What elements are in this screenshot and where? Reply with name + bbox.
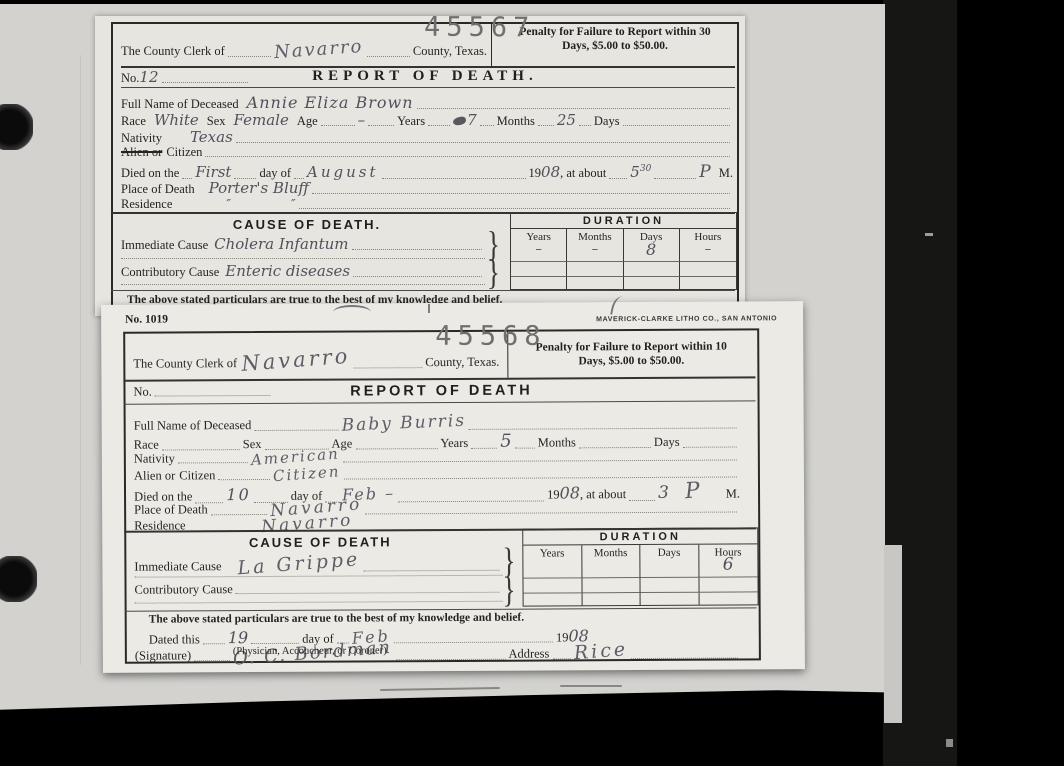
duration-empty-cell (680, 262, 736, 277)
full-name-label: Full Name of Deceased (121, 97, 239, 112)
place-of-death-row: Place of Death Porter's Bluff (121, 179, 733, 197)
contributory-cause-value: Enteric diseases (225, 262, 350, 280)
series-number: No. 1019 (125, 313, 168, 325)
duration-empty-cell (567, 262, 623, 277)
duration-empty-cell (511, 262, 567, 277)
duration-cell-months: Months– (567, 229, 623, 262)
duration-grid: Years– Months– Days8 Hours– (511, 229, 736, 289)
printer-imprint: MAVERICK-CLARKE LITHO CO., SAN ANTONIO (596, 315, 777, 323)
place-of-death-value: Porter's Bluff (209, 179, 309, 197)
dotted-leader (363, 570, 499, 572)
duration-cell-years: Years (523, 545, 582, 578)
certificate-number-stamp: 45567 (424, 16, 535, 43)
nativity-value: Texas (190, 128, 233, 146)
duration-cell-days: Days8 (624, 229, 680, 262)
dotted-leader (367, 56, 410, 57)
contributory-cause-row: Contributory Cause (134, 581, 502, 598)
handwriting-fragment (333, 305, 371, 319)
duration-header: DURATION (511, 213, 736, 229)
county-clerk-label: The County Clerk of (121, 44, 225, 59)
county-clerk-label: The County Clerk of (133, 356, 237, 372)
immediate-cause-label: Immediate Cause (121, 238, 208, 253)
ink-blot (452, 116, 466, 126)
divider (121, 87, 735, 88)
duration-empty-cell (582, 578, 641, 593)
penalty-line2: Days, $5.00 to $50.00. (511, 354, 751, 370)
cause-of-death-header: CAUSE OF DEATH (134, 534, 506, 551)
page-edge (884, 545, 902, 723)
dotted-leader (428, 125, 450, 126)
page-fold-line (80, 55, 81, 665)
dotted-leader (352, 249, 482, 250)
duration-empty-cell (699, 577, 758, 592)
dotted-leader (194, 660, 230, 661)
dotted-leader (155, 395, 271, 397)
duration-empty-cell (640, 578, 699, 593)
nativity-label: Nativity (134, 451, 175, 466)
punch-hole-bottom (0, 556, 37, 602)
duration-empty-cell (641, 593, 700, 605)
dotted-leader (631, 658, 738, 660)
form-title: REPORT OF DEATH. (265, 68, 585, 85)
duration-empty-cell (699, 592, 758, 604)
form-number-row: No. (133, 384, 273, 400)
race-value: White (154, 111, 199, 129)
age-label: Age (297, 114, 318, 129)
full-name-value: Annie Eliza Brown (247, 93, 414, 112)
days-label: Days (594, 114, 620, 129)
nativity-label: Nativity (121, 131, 162, 146)
duration-empty-cell (511, 277, 567, 289)
county-value: Navarro (240, 344, 350, 376)
days-label: Days (640, 547, 698, 559)
sex-value: Female (234, 111, 289, 129)
residence-ditto-2: ″ (291, 196, 296, 211)
dust-speck (925, 233, 933, 236)
dotted-leader (236, 142, 730, 143)
duration-cell-years: Years– (511, 229, 567, 262)
death-report-form-45567: 45567 The County Clerk of Navarro County… (95, 16, 745, 316)
dotted-leader (228, 56, 271, 57)
years-label: Years (397, 114, 425, 129)
form-title: REPORT OF DEATH (291, 382, 591, 400)
no-value: 12 (139, 68, 158, 86)
age-days-value: 25 (557, 111, 576, 129)
duration-hours-value: – (680, 243, 736, 256)
duration-header: DURATION (523, 528, 757, 545)
death-report-form-45568: No. 1019 MAVERICK-CLARKE LITHO CO., SAN … (101, 301, 805, 673)
no-label: No. (121, 71, 139, 86)
dotted-leader (417, 108, 730, 109)
divider (111, 290, 735, 291)
alien-citizen-row: Alien or Citizen (121, 145, 733, 160)
duration-empty-cell (680, 277, 736, 289)
dotted-leader (299, 208, 730, 209)
duration-months-value: – (567, 243, 622, 256)
dotted-leader (480, 125, 494, 126)
residence-row: Residence ″ ″ (121, 196, 733, 212)
form-number-row: No. 12 (121, 68, 251, 86)
penalty-line1: Penalty for Failure to Report within 10 (511, 339, 751, 355)
duration-empty-cell (523, 578, 582, 593)
dotted-leader (162, 82, 249, 83)
brace-glyph: } (502, 569, 515, 611)
duration-years-value: – (511, 243, 566, 256)
nativity-row: Nativity Texas (121, 128, 733, 146)
dotted-leader (579, 125, 591, 126)
cause-of-death-header: CAUSE OF DEATH. (121, 217, 493, 232)
died-time-minutes: 30 (640, 164, 651, 174)
dotted-leader (312, 193, 730, 194)
full-name-row: Full Name of Deceased Annie Eliza Brown (121, 93, 733, 112)
alien-label-struck: Alien or (121, 145, 162, 160)
dotted-leader (205, 156, 730, 157)
years-label: Years (523, 547, 581, 559)
age-months-value: 7 (467, 111, 477, 129)
duration-empty-cell (582, 593, 641, 605)
residence-ditto-1: ″ (226, 196, 231, 211)
dotted-leader (538, 125, 554, 126)
dotted-leader (368, 125, 394, 126)
duration-cell-months: Months (582, 545, 641, 578)
immediate-cause-row: Immediate Cause Cholera Infantum (121, 235, 485, 253)
address-label: Address (508, 646, 549, 661)
handwriting-fragment (428, 304, 430, 313)
immediate-cause-row: Immediate Cause La Grippe (134, 552, 502, 576)
contributory-cause-label: Contributory Cause (121, 265, 219, 280)
county-texas-label: County, Texas. (425, 355, 499, 370)
residence-value: Navarro (261, 510, 354, 537)
race-sex-age-row: Race White Sex Female Age – Years 7 Mont… (121, 111, 733, 129)
scan-smudge (560, 685, 622, 687)
duration-empty-cell (524, 593, 583, 605)
duration-cell-hours: Hours6 (699, 544, 758, 577)
dotted-leader (321, 125, 355, 126)
citizen-label: Citizen (166, 145, 202, 160)
dotted-rule (121, 258, 485, 259)
duration-grid: Years Months Days Hours6 (523, 544, 757, 605)
duration-empty-cell (567, 277, 623, 289)
physician-note: (Physician, Accoucheur, or Coroner) (233, 645, 387, 657)
duration-empty-cell (624, 277, 680, 289)
dotted-leader (395, 659, 505, 661)
dotted-leader (178, 462, 248, 463)
penalty-text: Penalty for Failure to Report within 10 … (511, 339, 751, 369)
certificate-number-stamp: 45568 (435, 321, 546, 352)
dotted-leader (236, 592, 500, 594)
contributory-cause-label: Contributory Cause (134, 582, 232, 598)
physician-note-row: (Physician, Accoucheur, or Coroner) (233, 645, 513, 657)
sex-label: Sex (207, 114, 226, 129)
duration-hours-value: 6 (699, 558, 758, 571)
dotted-leader (552, 658, 570, 659)
place-of-death-label: Place of Death (121, 182, 195, 197)
duration-empty-cell (624, 262, 680, 277)
dotted-leader (353, 276, 482, 277)
age-years-value: – (358, 111, 366, 129)
belief-statement: The above stated particulars are true to… (149, 612, 524, 626)
race-label: Race (121, 114, 146, 129)
immediate-cause-label: Immediate Cause (134, 559, 221, 574)
immediate-cause-value: Cholera Infantum (214, 235, 348, 253)
signature-label: (Signature) (135, 648, 191, 663)
duration-cell-days: Days (640, 545, 699, 578)
residence-label: Residence (121, 197, 172, 212)
county-value: Navarro (274, 36, 365, 63)
duration-table: DURATION Years Months Days Hours6 (522, 527, 758, 606)
months-label: Months (582, 547, 640, 559)
brace-glyph: } (487, 252, 500, 294)
months-label: Months (497, 114, 535, 129)
address-value: Rice (573, 638, 629, 664)
punch-hole-top (0, 104, 33, 150)
county-texas-label: County, Texas. (413, 44, 487, 59)
no-label: No. (133, 385, 151, 400)
duration-days-value: 8 (624, 243, 679, 256)
contributory-cause-row: Contributory Cause Enteric diseases (121, 262, 485, 280)
dust-speck (946, 739, 953, 747)
scanned-document: 45567 The County Clerk of Navarro County… (0, 0, 1064, 766)
dotted-rule (121, 284, 485, 285)
duration-table: DURATION Years– Months– Days8 Hours– (510, 212, 737, 290)
duration-cell-hours: Hours– (680, 229, 736, 262)
dotted-leader (353, 367, 422, 368)
dotted-leader (623, 125, 730, 126)
